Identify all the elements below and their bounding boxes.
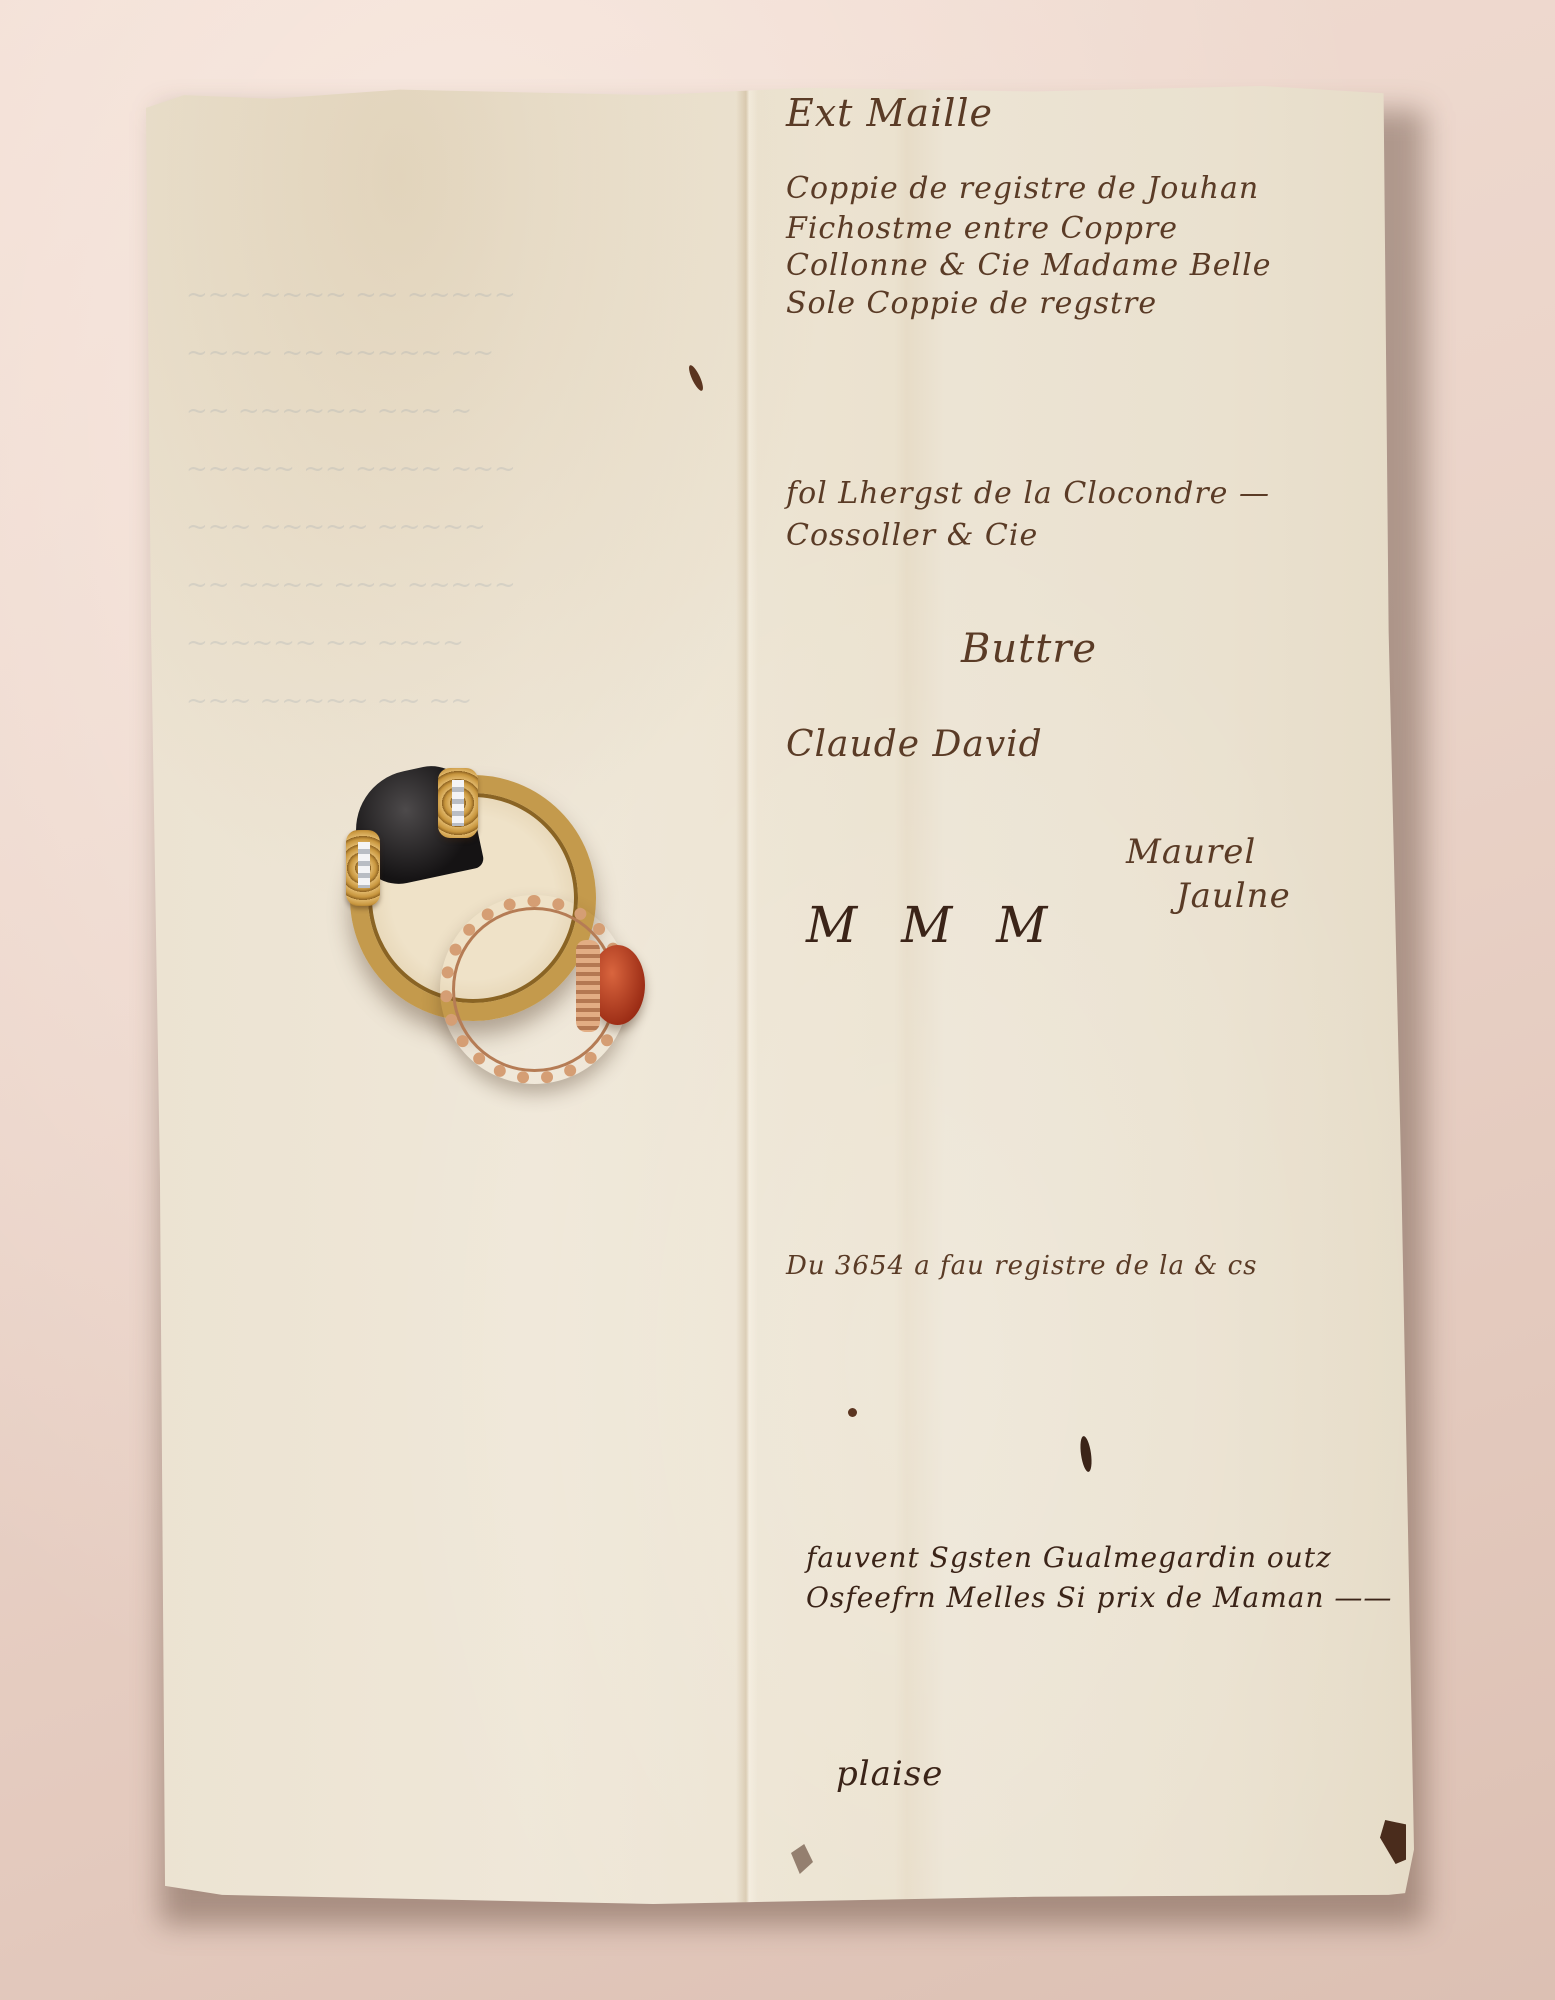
bleed-through-text: ~~~ ~~~~ ~~ ~~~~~~~~~ ~~ ~~~~~ ~~~~ ~~~~… — [186, 266, 706, 730]
beaded-bezel — [576, 940, 600, 1032]
manuscript-line: Cossoller & Cie — [786, 518, 1038, 553]
manuscript-sheet: ~~~ ~~~~ ~~ ~~~~~~~~~ ~~ ~~~~~ ~~~~ ~~~~… — [146, 86, 1414, 1904]
manuscript-line: Sole Coppie de regstre — [786, 286, 1157, 321]
manuscript-line: Du 3654 a fau registre de la & cs — [786, 1251, 1258, 1281]
diamond-pave — [452, 780, 464, 826]
manuscript-line: Fichostme entre Coppre — [786, 211, 1178, 246]
diamond-pave — [358, 842, 370, 888]
manuscript-line: Maurel — [1126, 832, 1256, 872]
manuscript-line: Osfeefrn Melles Si prix de Maman —— — [806, 1581, 1392, 1614]
manuscript-line: Claude David — [786, 724, 1043, 765]
manuscript-line: Ext Maille — [786, 91, 993, 135]
manuscript-line: Collonne & Cie Madame Belle — [786, 248, 1271, 283]
manuscript-line: plaise — [836, 1754, 943, 1794]
manuscript-line: Jaulne — [1176, 876, 1291, 916]
manuscript-line: M M M — [806, 896, 1061, 954]
ink-dot — [848, 1408, 857, 1417]
manuscript-line: Buttre — [961, 626, 1097, 672]
manuscript-line: fauvent Sgsten Gualmegardin outz — [806, 1541, 1332, 1574]
manuscript-line: Coppie de registre de Jouhan — [786, 171, 1259, 206]
manuscript-line: fol Lhergst de la Clocondre — — [786, 476, 1270, 511]
center-fold — [736, 86, 758, 1904]
